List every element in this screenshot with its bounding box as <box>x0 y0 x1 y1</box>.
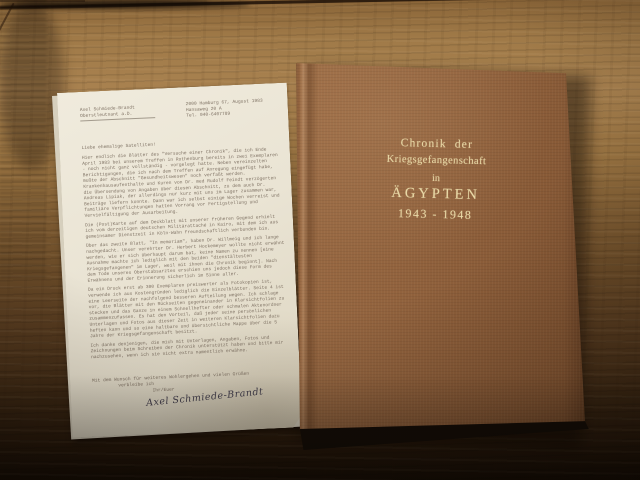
letter-paragraph: Da ein Druck erst ab 300 Exemplaren prei… <box>88 278 289 339</box>
book: Chronik der Kriegsgefangenschaft in ÄGYP… <box>294 60 590 450</box>
book-title: Chronik der Kriegsgefangenschaft in ÄGYP… <box>301 135 571 226</box>
wood-scratch <box>0 3 15 52</box>
book-spine <box>294 60 318 430</box>
letterhead-address: 2000 Hamburg 67, August 1983 Hansaweg 20… <box>186 98 264 119</box>
wood-streak <box>0 0 46 280</box>
letter-content: Axel Schmiede-Brandt Oberstleutnant a.D.… <box>57 83 302 438</box>
salutation: Liebe ehemalige Satelliten! <box>81 142 156 151</box>
photograph: Axel Schmiede-Brandt Oberstleutnant a.D.… <box>0 0 640 480</box>
wood-streak <box>0 0 210 10</box>
letter-document: Axel Schmiede-Brandt Oberstleutnant a.D.… <box>57 83 302 438</box>
letter-paragraph: Über das zweite Blatt, "In memoriam", ha… <box>86 234 287 284</box>
sender-block: Axel Schmiede-Brandt Oberstleutnant a.D. <box>80 104 156 122</box>
plank-seam <box>0 0 640 8</box>
plank-seam <box>0 0 640 10</box>
wood-streak <box>0 0 250 9</box>
cloth-texture <box>294 60 590 450</box>
letter-paragraph: Hier endlich die Blätter des "Versuche e… <box>82 146 284 219</box>
letter-body: Hier endlich die Blätter des "Versuche e… <box>82 146 290 364</box>
book-front-cover: Chronik der Kriegsgefangenschaft in ÄGYP… <box>294 60 590 450</box>
title-line: Kriegsgefangenschaft <box>302 152 570 170</box>
